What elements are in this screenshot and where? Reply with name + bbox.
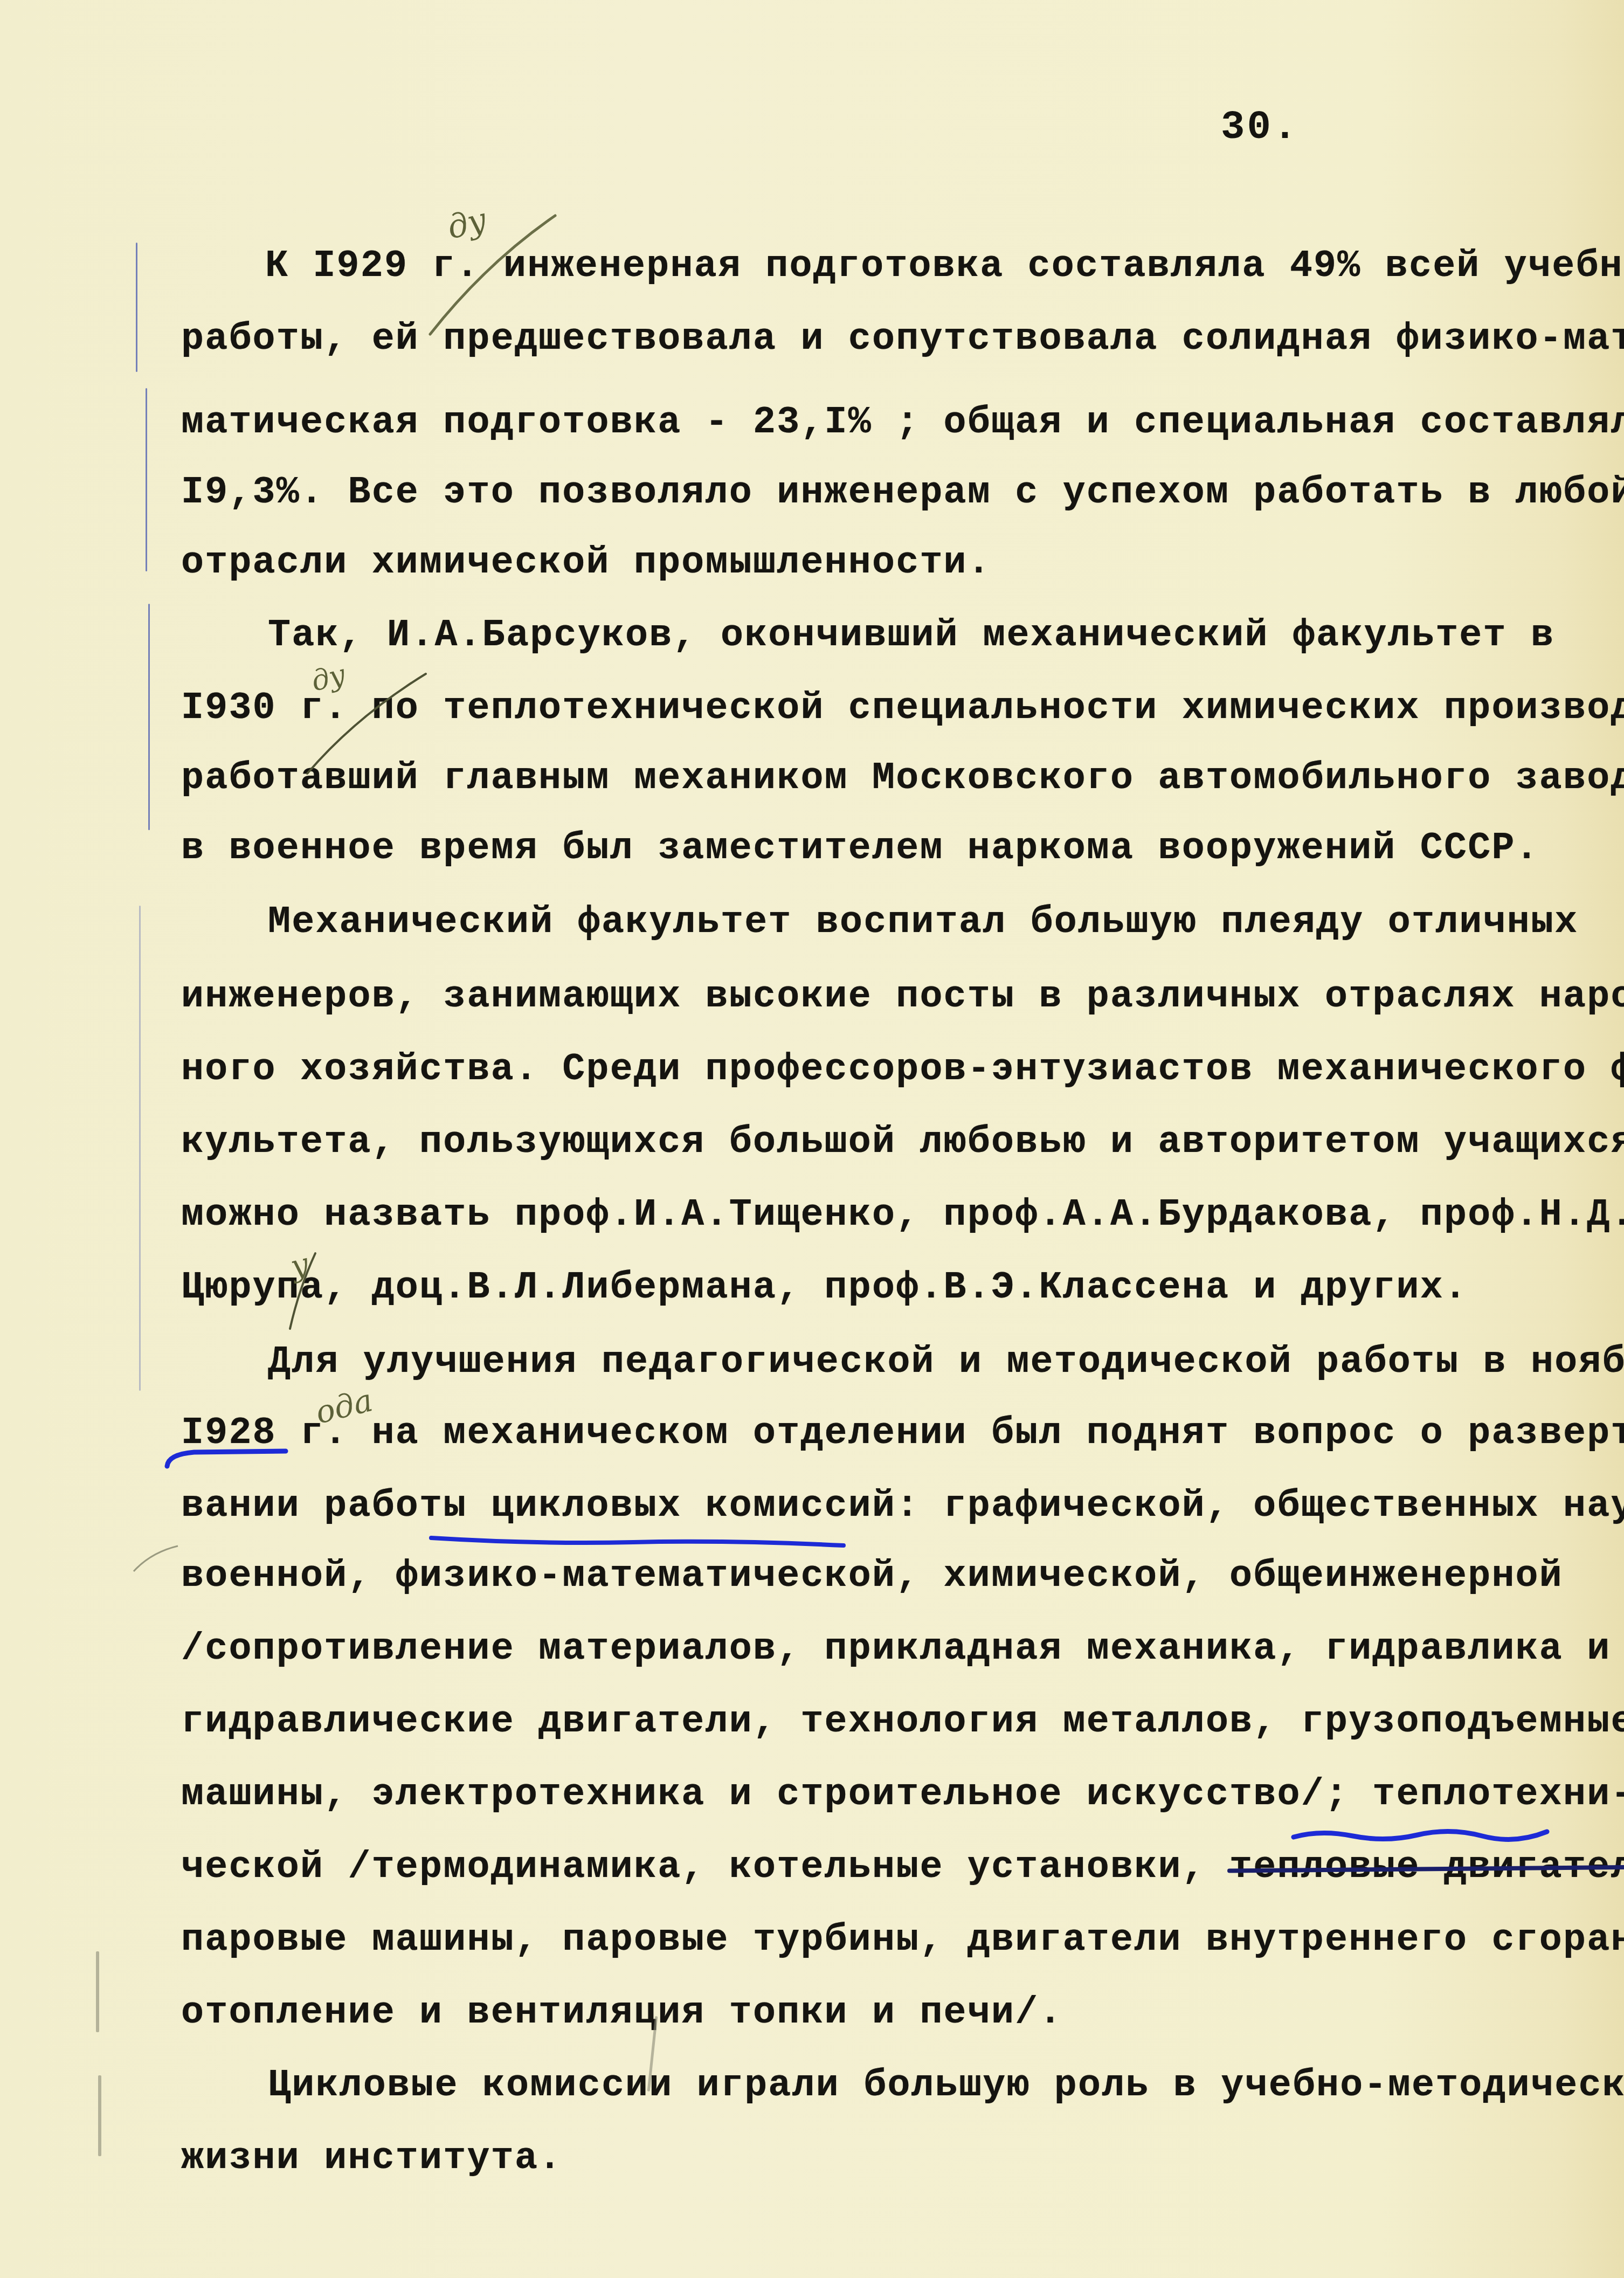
pencil-mark [96,1951,99,2032]
text-line: К I929 г. инженерная подготовка составля… [265,245,1624,288]
text-line: /сопротивление материалов, прикладная ме… [181,1628,1611,1671]
text-line: ного хозяйства. Среди профессоров-энтузи… [181,1048,1624,1092]
text-line: инженеров, занимающих высокие посты в ра… [181,976,1624,1019]
text-line: I928 г. на механическом отделении был по… [181,1412,1624,1455]
text-line: работавший главным механиком Московского… [181,757,1624,800]
margin-mark [136,243,137,372]
margin-mark [139,906,141,1391]
text-line: культета, пользующихся большой любовью и… [181,1121,1624,1164]
text-line: паровые машины, паровые турбины, двигате… [181,1919,1624,1962]
text-line: вании работы цикловых комиссий: графичес… [181,1485,1624,1528]
handwritten-note: ду [444,201,491,247]
text-line: жизни института. [181,2137,562,2180]
page-number: 30. [1221,105,1299,150]
text-line: Для улучшения педагогической и методичес… [268,1341,1624,1384]
underline-mark [1288,1822,1558,1849]
margin-mark [148,604,150,830]
pencil-mark [98,2075,101,2156]
text-line: Цюрупа, доц.В.Л.Либермана, проф.В.Э.Клас… [181,1267,1468,1310]
text-line: гидравлические двигатели, технология мет… [181,1701,1624,1744]
text-line: Механический факультет воспитал большую … [268,901,1578,944]
text-line: в военное время был заместителем наркома… [181,827,1539,871]
text-line: военной, физико-математической, химическ… [181,1555,1563,1598]
text-line: отопление и вентиляция топки и печи/. [181,1992,1063,2035]
text-line: можно назвать проф.И.А.Тищенко, проф.А.А… [181,1194,1624,1237]
text-line: ческой /термодинамика, котельные установ… [181,1846,1624,1889]
document-page: 30. К I929 г. инженерная подготовка сост… [0,0,1624,2278]
margin-mark [146,388,147,571]
text-line: матическая подготовка - 23,I% ; общая и … [181,402,1624,445]
text-line: Цикловые комиссии играли большую роль в … [268,2065,1624,2108]
margin-tick-mark [129,1542,183,1574]
text-line: I930 г. по теплотехнической специальност… [181,687,1624,730]
text-line: I9,3%. Все это позволяло инженерам с усп… [181,472,1624,515]
text-line: машины, электротехника и строительное ис… [181,1773,1624,1817]
text-line: работы, ей предшествовала и сопутствовал… [181,318,1624,361]
text-line: Так, И.А.Барсуков, окончивший механическ… [268,615,1554,658]
text-line-part: ческой /термодинамика, котельные установ… [181,1846,1229,1889]
underline-mark [429,1528,849,1555]
text-line: отрасли химической промышленности. [181,542,991,585]
struck-through-text: тепловые двигатели [1229,1846,1624,1889]
